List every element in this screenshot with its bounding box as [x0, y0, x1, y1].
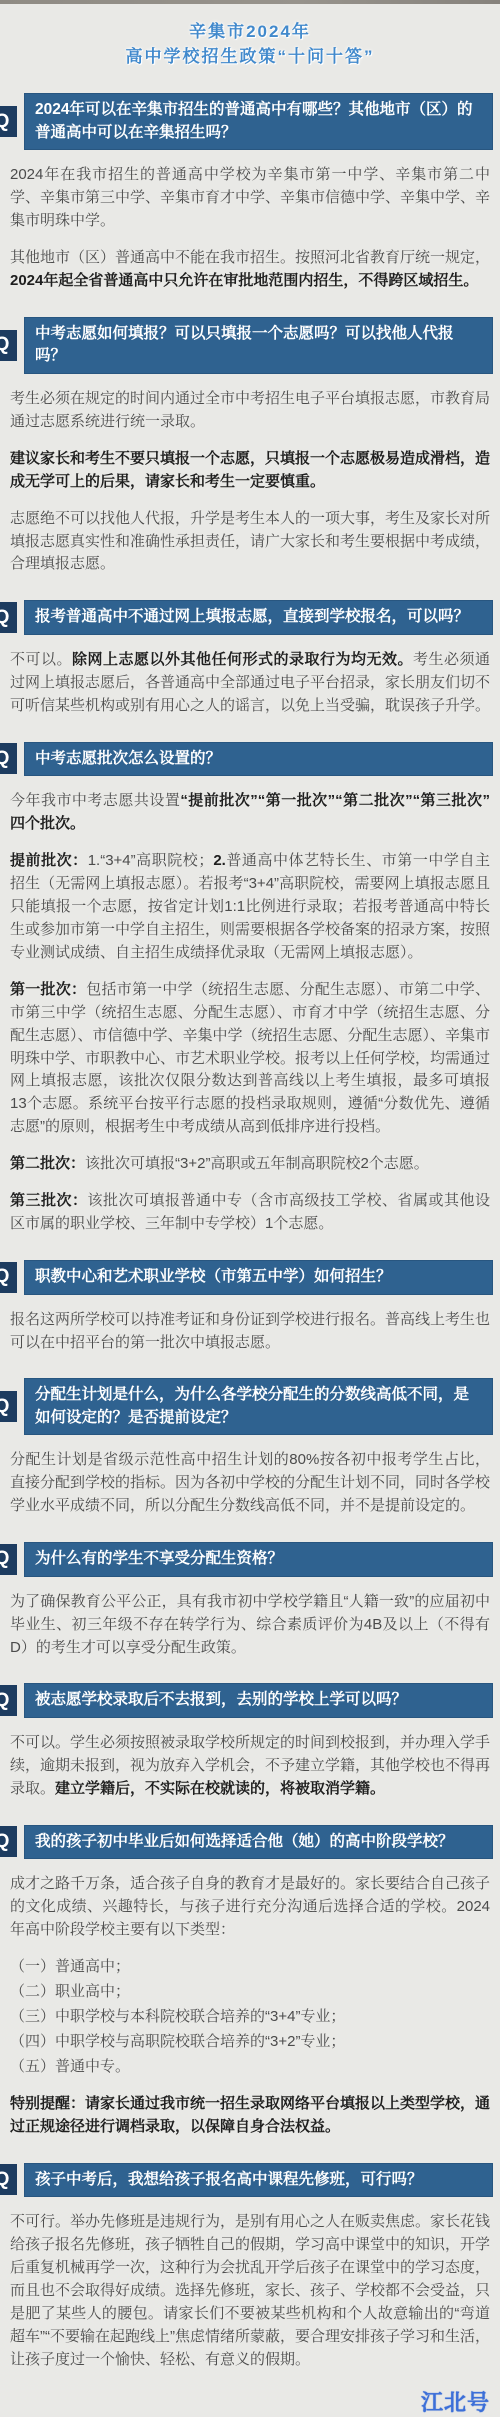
- q-badge-icon: Q: [0, 1262, 17, 1293]
- answer-text-segment: 其他地市（区）普通高中不能在我市招生。按照河北省教育厅统一规定，: [10, 249, 490, 266]
- q-badge-icon: Q: [0, 1391, 17, 1422]
- answer-text-segment: 2024年在我市招生的普通高中学校为辛集市第一中学、辛集市第二中学、辛集市第三中…: [10, 166, 490, 229]
- answer-text-segment: 为了确保教育公平公正，具有我市初中学校学籍且“人籍一致”的应届初中毕业生、初三年…: [10, 1593, 490, 1656]
- answer-text-segment: 志愿绝不可以找他人代报，升学是考生本人的一项大事，考生及家长对所填报志愿真实性和…: [10, 510, 490, 573]
- question-bar: Q报考普通高中不通过网上填报志愿，直接到学校报名，可以吗？: [0, 600, 500, 634]
- answer-paragraph: （二）职业高中；: [10, 1981, 490, 2004]
- answer-paragraph: 志愿绝不可以找他人代报，升学是考生本人的一项大事，考生及家长对所填报志愿真实性和…: [10, 508, 490, 577]
- answer-paragraph: （三）中职学校与本科院校联合培养的“3+4”专业；: [10, 2006, 490, 2029]
- question-bar: Q我的孩子初中毕业后如何选择适合他（她）的高中阶段学校？: [0, 1825, 500, 1859]
- answer-paragraph: 报名这两所学校可以持准考证和身份证到学校进行报名。普高线上考生也可以在中招平台的…: [10, 1309, 490, 1355]
- answer-paragraph: 提前批次：1.“3+4”高职院校；2.普通高中体艺特长生、市第一中学自主招生（无…: [10, 850, 490, 965]
- answer-block: 分配生计划是省级示范性高中招生计划的80%按各初中报考学生占比，直接分配到学校的…: [0, 1449, 500, 1518]
- answer-block: 不可以。除网上志愿以外其他任何形式的录取行为均无效。考生必须通过网上填报志愿后，…: [0, 649, 500, 718]
- top-strip: [0, 0, 500, 4]
- answer-text-segment: 除网上志愿以外其他任何形式的录取行为均无效。: [72, 651, 413, 668]
- answer-text-segment: 不可行。举办先修班是违规行为，是别有用心之人在贩卖焦虑。家长花钱给孩子报名先修班…: [10, 2213, 490, 2368]
- answer-block: 考生必须在规定的时间内通过全市中考招生电子平台填报志愿，市教育局通过志愿系统进行…: [0, 388, 500, 577]
- answer-paragraph: 考生必须在规定的时间内通过全市中考招生电子平台填报志愿，市教育局通过志愿系统进行…: [10, 388, 490, 434]
- qa-section-6: Q分配生计划是什么，为什么各学校分配生的分数线高低不同，是如何设定的？是否提前设…: [0, 1378, 500, 1518]
- answer-text-segment: 第一批次：: [10, 981, 86, 998]
- answer-text-segment: 报名这两所学校可以持准考证和身份证到学校进行报名。普高线上考生也可以在中招平台的…: [10, 1311, 490, 1351]
- question-bar: Q为什么有的学生不享受分配生资格？: [0, 1542, 500, 1576]
- q-badge-icon: Q: [0, 106, 17, 137]
- question-text: 被志愿学校录取后不去报到，去别的学校上学可以吗？: [24, 1683, 493, 1717]
- question-text: 2024年可以在辛集市招生的普通高中有哪些？其他地市（区）的普通高中可以在辛集招…: [24, 93, 493, 150]
- q-badge-icon: Q: [0, 1685, 17, 1716]
- question-text: 中考志愿如何填报？可以只填报一个志愿吗？可以找他人代报吗？: [24, 317, 493, 374]
- answer-text-segment: 建议家长和考生不要只填报一个志愿，只填报一个志愿极易造成滑档，造成无学可上的后果…: [10, 450, 490, 490]
- question-text: 我的孩子初中毕业后如何选择适合他（她）的高中阶段学校？: [24, 1825, 493, 1859]
- question-bar: Q中考志愿如何填报？可以只填报一个志愿吗？可以找他人代报吗？: [0, 317, 500, 374]
- answer-paragraph: 不可以。除网上志愿以外其他任何形式的录取行为均无效。考生必须通过网上填报志愿后，…: [10, 649, 490, 718]
- answer-text-segment: 2.: [213, 852, 226, 869]
- qa-section-9: Q我的孩子初中毕业后如何选择适合他（她）的高中阶段学校？成才之路千万条，适合孩子…: [0, 1825, 500, 2139]
- answer-paragraph: （四）中职学校与高职院校联合培养的“3+2”专业；: [10, 2031, 490, 2054]
- answer-block: 今年我市中考志愿共设置“提前批次”“第一批次”“第二批次”“第三批次”四个批次。…: [0, 790, 500, 1236]
- answer-paragraph: 今年我市中考志愿共设置“提前批次”“第一批次”“第二批次”“第三批次”四个批次。: [10, 790, 490, 836]
- answer-text-segment: 1.“3+4”高职院校；: [88, 852, 214, 869]
- answer-paragraph: 为了确保教育公平公正，具有我市初中学校学籍且“人籍一致”的应届初中毕业生、初三年…: [10, 1591, 490, 1660]
- question-text: 职教中心和艺术职业学校（市第五中学）如何招生？: [24, 1260, 493, 1294]
- qa-section-4: Q中考志愿批次怎么设置的？今年我市中考志愿共设置“提前批次”“第一批次”“第二批…: [0, 742, 500, 1236]
- answer-paragraph: 第一批次：包括市第一中学（统招生志愿、分配生志愿）、市第二中学、市第三中学（统招…: [10, 979, 490, 1140]
- footer: 江北号: [0, 2386, 500, 2417]
- qa-list: Q2024年可以在辛集市招生的普通高中有哪些？其他地市（区）的普通高中可以在辛集…: [0, 93, 500, 2371]
- answer-text-segment: 特别提醒：请家长通过我市统一招生录取网络平台填报以上类型学校，通过正规途径进行调…: [10, 2095, 490, 2135]
- answer-text-segment: 该批次可填报“3+2”高职或五年制高职院校2个志愿。: [85, 1155, 429, 1172]
- answer-block: 报名这两所学校可以持准考证和身份证到学校进行报名。普高线上考生也可以在中招平台的…: [0, 1309, 500, 1355]
- answer-text-segment: （五）普通中专。: [10, 2058, 130, 2075]
- answer-text-segment: 提前批次：: [10, 852, 88, 869]
- question-text: 中考志愿批次怎么设置的？: [24, 742, 493, 776]
- qa-section-3: Q报考普通高中不通过网上填报志愿，直接到学校报名，可以吗？不可以。除网上志愿以外…: [0, 600, 500, 717]
- answer-paragraph: 分配生计划是省级示范性高中招生计划的80%按各初中报考学生占比，直接分配到学校的…: [10, 1449, 490, 1518]
- qa-section-8: Q被志愿学校录取后不去报到，去别的学校上学可以吗？不可以。学生必须按照被录取学校…: [0, 1683, 500, 1800]
- answer-block: 为了确保教育公平公正，具有我市初中学校学籍且“人籍一致”的应届初中毕业生、初三年…: [0, 1591, 500, 1660]
- answer-block: 2024年在我市招生的普通高中学校为辛集市第一中学、辛集市第二中学、辛集市第三中…: [0, 164, 500, 293]
- question-bar: Q中考志愿批次怎么设置的？: [0, 742, 500, 776]
- question-bar: Q孩子中考后，我想给孩子报名高中课程先修班，可行吗？: [0, 2163, 500, 2197]
- answer-text-segment: 分配生计划是省级示范性高中招生计划的80%按各初中报考学生占比，直接分配到学校的…: [10, 1451, 490, 1514]
- answer-paragraph: （五）普通中专。: [10, 2056, 490, 2079]
- answer-paragraph: 其他地市（区）普通高中不能在我市招生。按照河北省教育厅统一规定，2024年起全省…: [10, 247, 490, 293]
- qa-section-2: Q中考志愿如何填报？可以只填报一个志愿吗？可以找他人代报吗？考生必须在规定的时间…: [0, 317, 500, 577]
- answer-text-segment: （三）中职学校与本科院校联合培养的“3+4”专业；: [10, 2008, 345, 2025]
- q-badge-icon: Q: [0, 1826, 17, 1857]
- answer-text-segment: 2024年起全省普通高中只允许在审批地范围内招生，不得跨区域招生。: [10, 272, 478, 289]
- answer-text-segment: 第二批次：: [10, 1155, 85, 1172]
- answer-text-segment: （四）中职学校与高职院校联合培养的“3+2”专业；: [10, 2033, 345, 2050]
- answer-block: 不可以。学生必须按照被录取学校所规定的时间到校报到，并办理入学手续，逾期未报到，…: [0, 1732, 500, 1801]
- q-badge-icon: Q: [0, 330, 17, 361]
- qa-section-5: Q职教中心和艺术职业学校（市第五中学）如何招生？报名这两所学校可以持准考证和身份…: [0, 1260, 500, 1354]
- question-text: 分配生计划是什么，为什么各学校分配生的分数线高低不同，是如何设定的？是否提前设定…: [24, 1378, 493, 1435]
- answer-text-segment: （一）普通高中；: [10, 1958, 130, 1975]
- answer-block: 不可行。举办先修班是违规行为，是别有用心之人在贩卖焦虑。家长花钱给孩子报名先修班…: [0, 2211, 500, 2372]
- q-badge-icon: Q: [0, 1544, 17, 1575]
- question-bar: Q职教中心和艺术职业学校（市第五中学）如何招生？: [0, 1260, 500, 1294]
- q-badge-icon: Q: [0, 2164, 17, 2195]
- q-badge-icon: Q: [0, 602, 17, 633]
- answer-text-segment: 建立学籍后，不实际在校就读的，将被取消学籍。: [55, 1780, 385, 1797]
- answer-text-segment: 考生必须在规定的时间内通过全市中考招生电子平台填报志愿，市教育局通过志愿系统进行…: [10, 390, 490, 430]
- question-bar: Q2024年可以在辛集市招生的普通高中有哪些？其他地市（区）的普通高中可以在辛集…: [0, 93, 500, 150]
- answer-text-segment: 今年我市中考志愿共设置: [10, 792, 180, 809]
- answer-paragraph: 第三批次：该批次可填报普通中专（含市高级技工学校、省属或其他设区市属的职业学校、…: [10, 1190, 490, 1236]
- answer-text-segment: （二）职业高中；: [10, 1983, 130, 2000]
- page-title-line2: 高中学校招生政策“十问十答”: [0, 45, 500, 70]
- answer-paragraph: 不可以。学生必须按照被录取学校所规定的时间到校报到，并办理入学手续，逾期未报到，…: [10, 1732, 490, 1801]
- answer-paragraph: 2024年在我市招生的普通高中学校为辛集市第一中学、辛集市第二中学、辛集市第三中…: [10, 164, 490, 233]
- question-text: 报考普通高中不通过网上填报志愿，直接到学校报名，可以吗？: [24, 600, 493, 634]
- page-title-line1: 辛集市2024年: [0, 20, 500, 45]
- answer-block: 成才之路千万条，适合孩子自身的教育才是最好的。家长要结合自己孩子的文化成绩、兴趣…: [0, 1873, 500, 2138]
- q-badge-icon: Q: [0, 743, 17, 774]
- question-text: 为什么有的学生不享受分配生资格？: [24, 1542, 493, 1576]
- answer-text-segment: 不可以。: [10, 651, 72, 668]
- answer-text-segment: 第三批次：: [10, 1192, 88, 1209]
- question-bar: Q被志愿学校录取后不去报到，去别的学校上学可以吗？: [0, 1683, 500, 1717]
- page-title: 辛集市2024年 高中学校招生政策“十问十答”: [0, 20, 500, 69]
- watermark: 江北号: [421, 2386, 490, 2417]
- question-text: 孩子中考后，我想给孩子报名高中课程先修班，可行吗？: [24, 2163, 493, 2197]
- answer-paragraph: 第二批次：该批次可填报“3+2”高职或五年制高职院校2个志愿。: [10, 1153, 490, 1176]
- answer-text-segment: 成才之路千万条，适合孩子自身的教育才是最好的。家长要结合自己孩子的文化成绩、兴趣…: [10, 1875, 490, 1938]
- qa-section-1: Q2024年可以在辛集市招生的普通高中有哪些？其他地市（区）的普通高中可以在辛集…: [0, 93, 500, 293]
- answer-paragraph: 不可行。举办先修班是违规行为，是别有用心之人在贩卖焦虑。家长花钱给孩子报名先修班…: [10, 2211, 490, 2372]
- answer-paragraph: 特别提醒：请家长通过我市统一招生录取网络平台填报以上类型学校，通过正规途径进行调…: [10, 2093, 490, 2139]
- question-bar: Q分配生计划是什么，为什么各学校分配生的分数线高低不同，是如何设定的？是否提前设…: [0, 1378, 500, 1435]
- answer-text-segment: 包括市第一中学（统招生志愿、分配生志愿）、市第二中学、市第三中学（统招生志愿、分…: [10, 981, 490, 1136]
- answer-paragraph: 成才之路千万条，适合孩子自身的教育才是最好的。家长要结合自己孩子的文化成绩、兴趣…: [10, 1873, 490, 1942]
- qa-section-10: Q孩子中考后，我想给孩子报名高中课程先修班，可行吗？不可行。举办先修班是违规行为…: [0, 2163, 500, 2372]
- answer-paragraph: （一）普通高中；: [10, 1956, 490, 1979]
- qa-section-7: Q为什么有的学生不享受分配生资格？为了确保教育公平公正，具有我市初中学校学籍且“…: [0, 1542, 500, 1659]
- answer-paragraph: 建议家长和考生不要只填报一个志愿，只填报一个志愿极易造成滑档，造成无学可上的后果…: [10, 448, 490, 494]
